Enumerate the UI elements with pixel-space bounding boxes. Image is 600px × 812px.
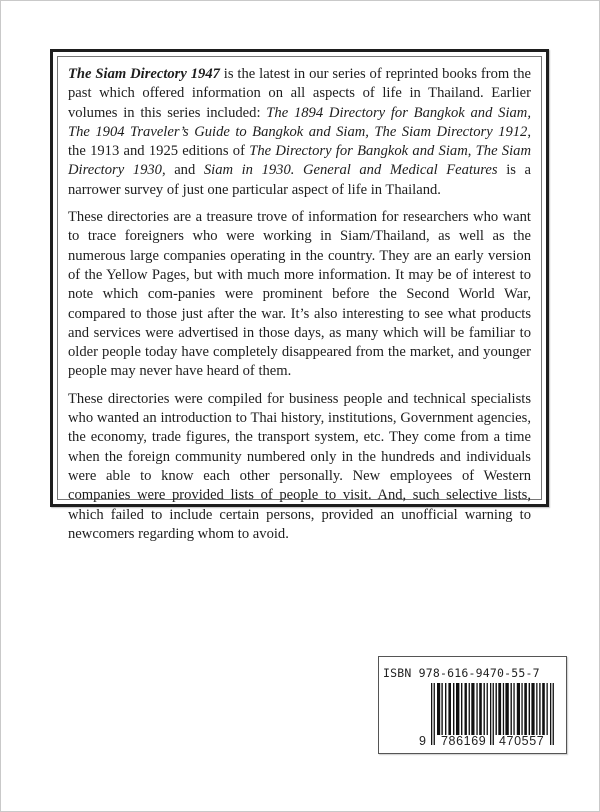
paragraph-3: These directories were compiled for busi… — [68, 390, 531, 544]
blurb-frame: The Siam Directory 1947 is the latest in… — [50, 49, 549, 507]
text-segment: These directories are a treasure trove o… — [68, 209, 531, 379]
text-segment: , and — [162, 162, 204, 178]
barcode-right-digits: 470557 — [499, 735, 544, 748]
text-segment: These directories were compiled for busi… — [68, 391, 531, 542]
isbn-label: ISBN 978-616-9470-55-7 — [383, 666, 563, 680]
italic-title: The Directory for Bangkok and Siam — [249, 143, 468, 159]
book-title: The Siam Directory 1947 — [68, 66, 220, 82]
barcode-lead-digit: 9 — [419, 735, 426, 748]
blurb-inner-frame: The Siam Directory 1947 is the latest in… — [57, 56, 542, 500]
italic-title: Siam in 1930. General and Medical Featur… — [204, 162, 498, 178]
text-segment: , — [468, 143, 476, 159]
blurb-text: The Siam Directory 1947 is the latest in… — [68, 65, 531, 552]
isbn-barcode-box: ISBN 978-616-9470-55-7 — [378, 656, 567, 754]
paragraph-2: These directories are a treasure trove o… — [68, 208, 531, 382]
paragraph-1: The Siam Directory 1947 is the latest in… — [68, 65, 531, 200]
barcode-left-digits: 786169 — [441, 735, 486, 748]
